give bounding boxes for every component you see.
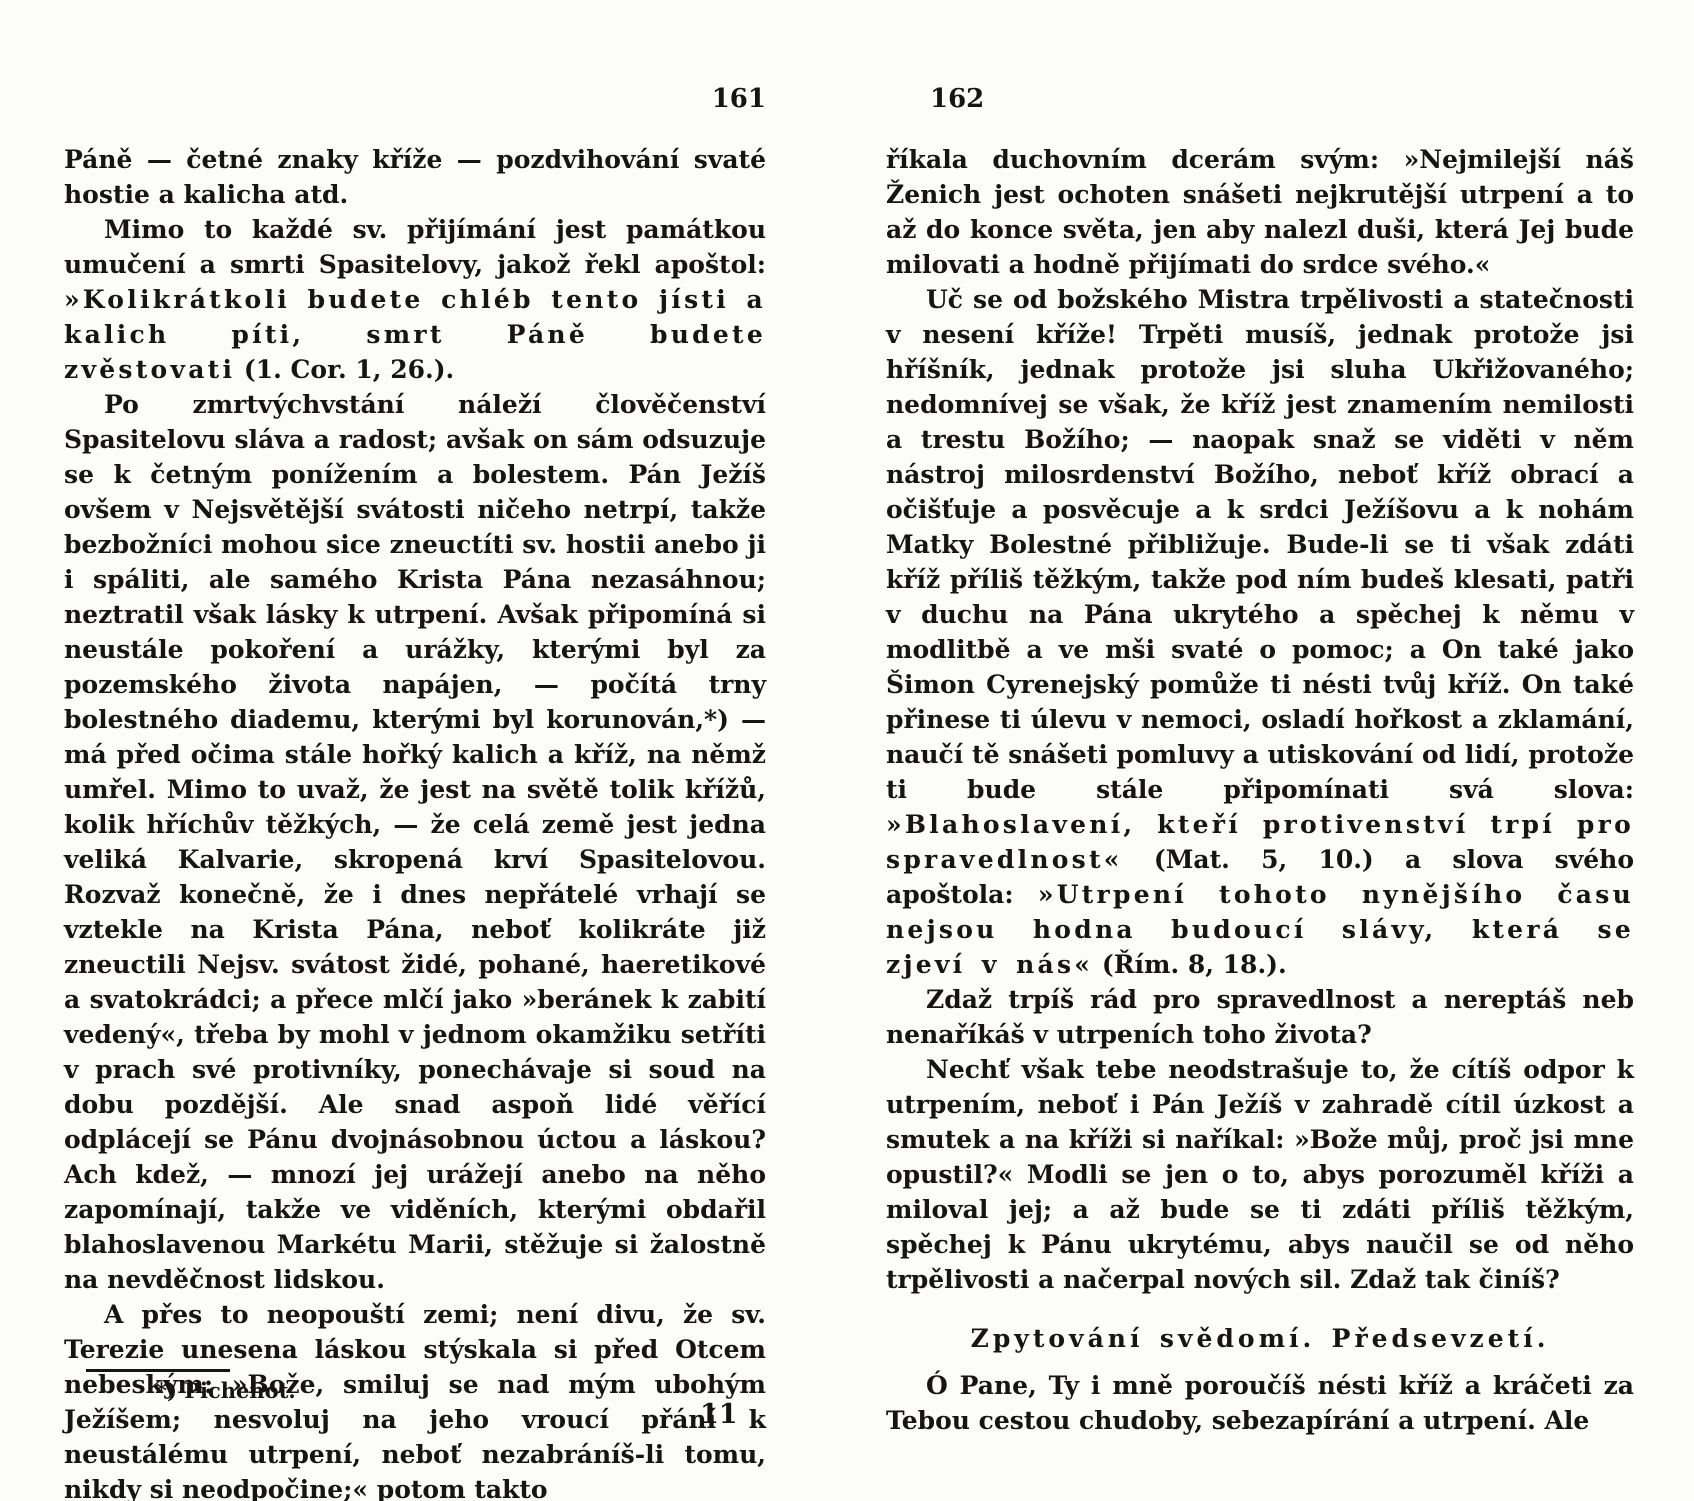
body-text: Po zmrtvýchvstání náleží člověčenství Sp… — [64, 390, 766, 1294]
body-text: říkala duchovním dcerám svým: »Nejmilejš… — [886, 145, 1634, 279]
page-body-right: říkala duchovním dcerám svým: »Nejmilejš… — [886, 142, 1634, 1438]
page-body-left: Páně — četné znaky kříže — pozdvihování … — [64, 142, 766, 1501]
paragraph: Po zmrtvýchvstání náleží člověčenství Sp… — [64, 387, 766, 1297]
body-text: (Řím. 8, 18.). — [1093, 950, 1287, 979]
body-text: Ó Pane, Ty i mně poroučíš nésti kříž a k… — [886, 1371, 1634, 1435]
footnote-rule — [86, 1369, 230, 1372]
paragraph: Uč se od božského Mistra trpělivosti a s… — [886, 282, 1634, 982]
paragraph: Zdaž trpíš rád pro spravedlnost a nerept… — [886, 982, 1634, 1052]
paragraph: Ó Pane, Ty i mně poroučíš nésti kříž a k… — [886, 1368, 1634, 1438]
body-text: Mimo to každé sv. přijímání jest památko… — [64, 215, 766, 279]
body-text: Páně — četné znaky kříže — pozdvihování … — [64, 145, 766, 209]
body-text: (1. Cor. 1, 26.). — [235, 355, 454, 384]
footnote: *) Pichenot. — [156, 1378, 296, 1404]
book-scan: 161 Páně — četné znaky kříže — pozdvihov… — [0, 0, 1694, 1501]
body-text: Nechť však tebe neodstrašuje to, že cítí… — [886, 1055, 1634, 1294]
paragraph: Páně — četné znaky kříže — pozdvihování … — [64, 142, 766, 212]
section-heading: Zpytování svědomí. Předsevzetí. — [886, 1321, 1634, 1356]
paragraph: říkala duchovním dcerám svým: »Nejmilejš… — [886, 142, 1634, 282]
paragraph: Nechť však tebe neodstrašuje to, že cítí… — [886, 1052, 1634, 1297]
page-number-right: 162 — [930, 84, 984, 114]
folio-number: 11 — [700, 1400, 738, 1430]
page-number-left: 161 — [64, 84, 766, 114]
body-text: Zdaž trpíš rád pro spravedlnost a nerept… — [886, 985, 1634, 1049]
paragraph: Mimo to každé sv. přijímání jest památko… — [64, 212, 766, 387]
body-text: Uč se od božského Mistra trpělivosti a s… — [886, 285, 1634, 804]
